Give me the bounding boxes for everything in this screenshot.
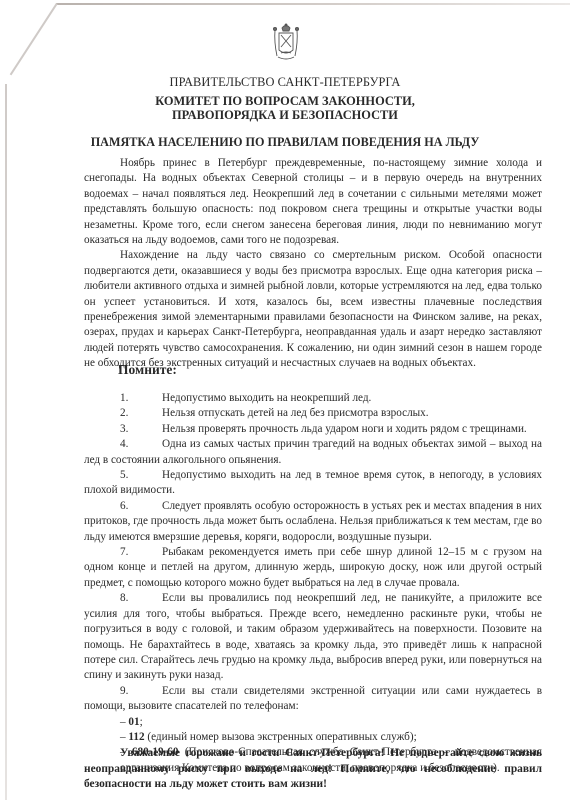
rule-item: 2.Нельзя отпускать детей на лед без прис… <box>84 406 542 421</box>
phone-item-112: – 112 (единый номер вызова экстренных оп… <box>84 730 542 745</box>
phone-number: 01 <box>128 716 139 728</box>
rule-item: 3.Нельзя проверять прочность льда ударом… <box>84 422 542 437</box>
rule-number: 6. <box>120 499 162 514</box>
phone-item-01: – 01; <box>84 715 542 730</box>
rule-text: Нельзя отпускать детей на лед без присмо… <box>162 407 429 419</box>
document-page: ПРАВИТЕЛЬСТВО САНКТ-ПЕТЕРБУРГА КОМИТЕТ П… <box>0 0 570 800</box>
committee-name: КОМИТЕТ ПО ВОПРОСАМ ЗАКОННОСТИ, ПРАВОПОР… <box>0 94 570 122</box>
rule-number: 9. <box>120 684 162 699</box>
phone-description: (единый номер вызова экстренных оператив… <box>145 731 417 743</box>
rule-number: 3. <box>120 422 162 437</box>
intro-section: Ноябрь принес в Петербург преждевременны… <box>84 156 542 372</box>
rule-item: 4.Одна из самых частых причин трагедий н… <box>84 437 542 468</box>
closing-appeal: Уважаемые горожане и гости Санкт-Петербу… <box>84 746 542 793</box>
committee-name-line1: КОМИТЕТ ПО ВОПРОСАМ ЗАКОННОСТИ, <box>0 94 570 108</box>
rule-item: 7.Рыбакам рекомендуется иметь при себе ш… <box>84 545 542 591</box>
phone-number: 112 <box>128 731 144 743</box>
rule-number: 1. <box>120 391 162 406</box>
intro-paragraph: Нахождение на льду часто связано со смер… <box>84 248 542 371</box>
remember-heading: Помните: <box>118 362 177 378</box>
rule-item: 1.Недопустимо выходить на неокрепший лед… <box>84 391 542 406</box>
government-name: ПРАВИТЕЛЬСТВО САНКТ-ПЕТЕРБУРГА <box>0 75 570 90</box>
document-title: ПАМЯТКА НАСЕЛЕНИЮ ПО ПРАВИЛАМ ПОВЕДЕНИЯ … <box>0 135 570 150</box>
rule-text: Нельзя проверять прочность льда ударом н… <box>162 423 527 435</box>
rule-number: 2. <box>120 406 162 421</box>
rule-item: 5.Недопустимо выходить на лед в темное в… <box>84 468 542 499</box>
rule-item: 9.Если вы стали свидетелями экстренной с… <box>84 684 542 715</box>
rule-item: 8.Если вы провалились под неокрепший лед… <box>84 591 542 683</box>
rule-text: Недопустимо выходить на неокрепший лед. <box>162 392 371 404</box>
rule-number: 5. <box>120 468 162 483</box>
saint-petersburg-coat-of-arms-icon <box>272 22 300 62</box>
rule-number: 4. <box>120 437 162 452</box>
phone-description: ; <box>140 716 143 728</box>
rule-number: 7. <box>120 545 162 560</box>
intro-paragraph: Ноябрь принес в Петербург преждевременны… <box>84 156 542 248</box>
rule-item: 6.Следует проявлять особую осторожность … <box>84 499 542 545</box>
rules-list: 1.Недопустимо выходить на неокрепший лед… <box>84 391 542 776</box>
rule-number: 8. <box>120 591 162 606</box>
closing-text: Уважаемые горожане и гости Санкт-Петербу… <box>84 746 542 793</box>
committee-name-line2: ПРАВОПОРЯДКА И БЕЗОПАСНОСТИ <box>0 108 570 122</box>
